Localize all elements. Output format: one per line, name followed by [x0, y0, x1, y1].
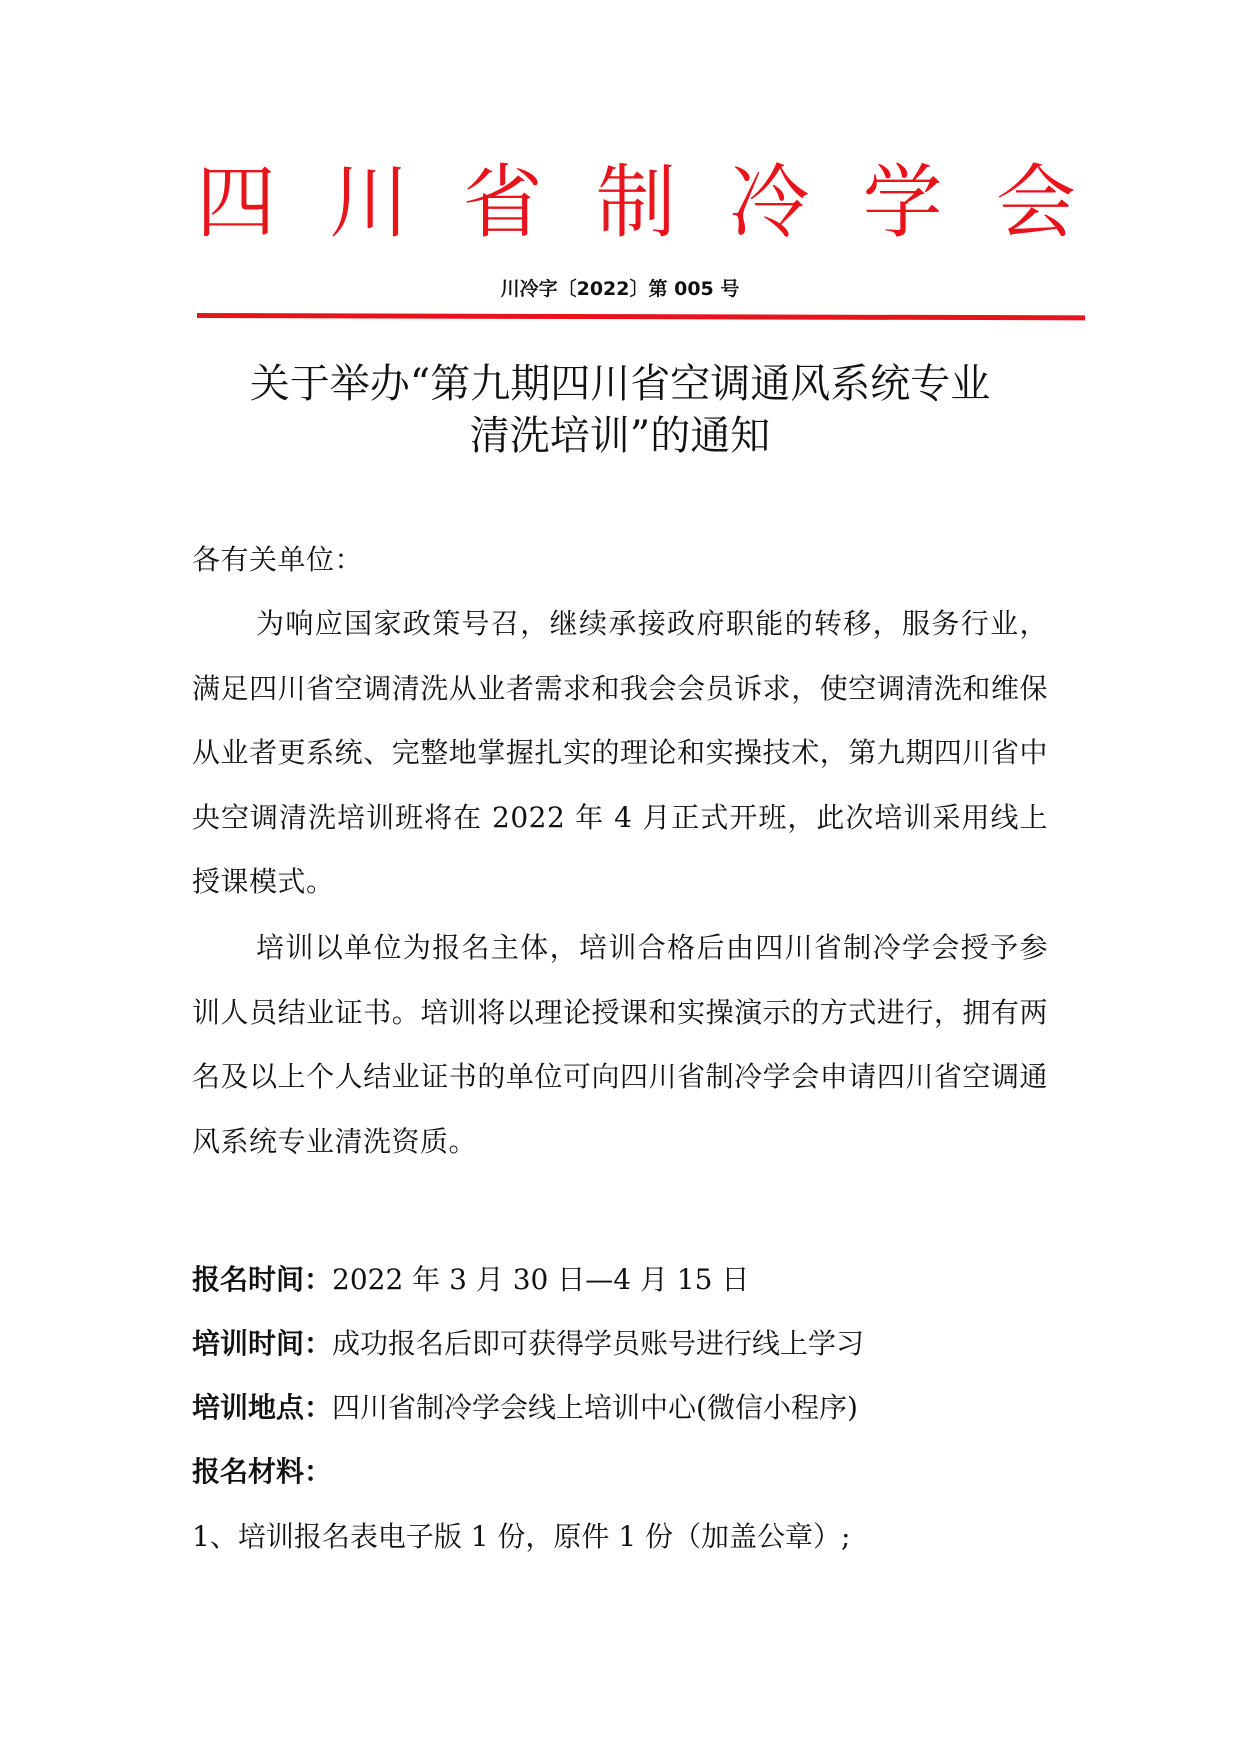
- notice-title-line-1: 关于举办“第九期四川省空调通风系统专业: [185, 358, 1055, 410]
- training-location-label: 培训地点：: [192, 1391, 332, 1424]
- document-number: 川冷字〔2022〕第 005 号: [0, 274, 1240, 301]
- registration-materials-row: 报名材料：: [192, 1452, 332, 1492]
- salutation: 各有关单位：: [192, 528, 1048, 593]
- body-paragraph-1: 为响应国家政策号召，继续承接政府职能的转移，服务行业，满足四川省空调清洗从业者需…: [192, 592, 1048, 915]
- org-name-char: 学: [863, 158, 943, 248]
- org-name-char: 四: [196, 158, 276, 248]
- org-name-char: 制: [596, 158, 676, 248]
- organization-name-header: 四 川 省 制 冷 学 会: [196, 158, 1076, 248]
- training-time-row: 培训时间：成功报名后即可获得学员账号进行线上学习: [192, 1324, 864, 1364]
- org-name-char: 会: [996, 158, 1076, 248]
- registration-time-value: 2022 年 3 月 30 日—4 月 15 日: [332, 1263, 749, 1296]
- org-name-char: 川: [329, 158, 409, 248]
- training-location-value: 四川省制冷学会线上培训中心(微信小程序): [332, 1391, 858, 1424]
- header-divider-line: [197, 313, 1085, 320]
- training-location-row: 培训地点：四川省制冷学会线上培训中心(微信小程序): [192, 1388, 858, 1428]
- registration-time-label: 报名时间：: [192, 1263, 332, 1296]
- notice-title: 关于举办“第九期四川省空调通风系统专业 清洗培训”的通知: [185, 358, 1055, 462]
- materials-item-1: 1、培训报名表电子版 1 份，原件 1 份（加盖公章）;: [192, 1517, 850, 1557]
- training-time-label: 培训时间：: [192, 1327, 332, 1360]
- body-paragraph-2: 培训以单位为报名主体，培训合格后由四川省制冷学会授予参训人员结业证书。培训将以理…: [192, 916, 1048, 1174]
- org-name-char: 省: [463, 158, 543, 248]
- org-name-char: 冷: [729, 158, 809, 248]
- registration-time-row: 报名时间：2022 年 3 月 30 日—4 月 15 日: [192, 1260, 749, 1300]
- registration-materials-label: 报名材料：: [192, 1455, 332, 1488]
- notice-title-line-2: 清洗培训”的通知: [185, 410, 1055, 462]
- training-time-value: 成功报名后即可获得学员账号进行线上学习: [332, 1327, 864, 1360]
